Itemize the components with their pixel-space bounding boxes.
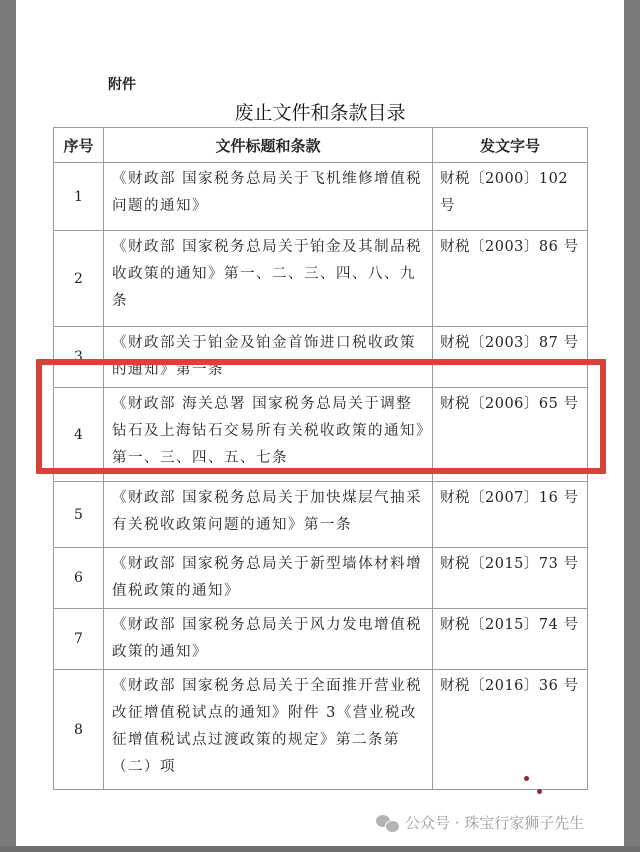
row-title: 《财政部 国家税务总局关于飞机维修增值税问题的通知》 — [104, 163, 433, 231]
row-ref: 财税〔2006〕65 号 — [433, 388, 588, 482]
row-title: 《财政部 国家税务总局关于新型墙体材料增值税政策的通知》 — [104, 548, 433, 609]
bottom-border — [0, 846, 640, 852]
table-row-highlighted: 4 《财政部 海关总署 国家税务总局关于调整钻石及上海钻石交易所有关税收政策的通… — [54, 388, 588, 482]
decorative-dot — [524, 776, 529, 781]
row-ref: 财税〔2007〕16 号 — [433, 482, 588, 548]
table-row: 5 《财政部 国家税务总局关于加快煤层气抽采有关税收政策问题的通知》第一条 财税… — [54, 482, 588, 548]
table-row: 2 《财政部 国家税务总局关于铂金及其制品税收政策的通知》第一、二、三、四、八、… — [54, 231, 588, 327]
table-row: 8 《财政部 国家税务总局关于全面推开营业税改征增值税试点的通知》附件 3《营业… — [54, 670, 588, 790]
table-row: 3 《财政部关于铂金及铂金首饰进口税收政策的通知》第一条 财税〔2003〕87 … — [54, 327, 588, 388]
row-ref: 财税〔2000〕102 号 — [433, 163, 588, 231]
row-title: 《财政部 国家税务总局关于全面推开营业税改征增值税试点的通知》附件 3《营业税改… — [104, 670, 433, 790]
repealed-documents-table: 序号 文件标题和条款 发文字号 1 《财政部 国家税务总局关于飞机维修增值税问题… — [53, 127, 588, 790]
row-ref: 财税〔2003〕87 号 — [433, 327, 588, 388]
decorative-dot — [537, 789, 542, 794]
watermark: 公众号 · 珠宝行家狮子先生 — [376, 812, 584, 833]
table-header-row: 序号 文件标题和条款 发文字号 — [54, 128, 588, 163]
row-ref: 财税〔2015〕74 号 — [433, 609, 588, 670]
watermark-text: 公众号 · 珠宝行家狮子先生 — [405, 812, 584, 833]
row-title: 《财政部关于铂金及铂金首饰进口税收政策的通知》第一条 — [104, 327, 433, 388]
attachment-label: 附件 — [108, 74, 136, 94]
row-number: 5 — [54, 482, 104, 548]
page-title: 废止文件和条款目录 — [0, 98, 640, 125]
row-number: 6 — [54, 548, 104, 609]
table-row: 6 《财政部 国家税务总局关于新型墙体材料增值税政策的通知》 财税〔2015〕7… — [54, 548, 588, 609]
row-number: 8 — [54, 670, 104, 790]
row-number: 1 — [54, 163, 104, 231]
row-ref: 财税〔2015〕73 号 — [433, 548, 588, 609]
table-row: 1 《财政部 国家税务总局关于飞机维修增值税问题的通知》 财税〔2000〕102… — [54, 163, 588, 231]
row-title: 《财政部 国家税务总局关于加快煤层气抽采有关税收政策问题的通知》第一条 — [104, 482, 433, 548]
row-title: 《财政部 国家税务总局关于铂金及其制品税收政策的通知》第一、二、三、四、八、九条 — [104, 231, 433, 327]
row-number: 4 — [54, 388, 104, 482]
wechat-icon — [376, 814, 400, 832]
row-title: 《财政部 国家税务总局关于风力发电增值税政策的通知》 — [104, 609, 433, 670]
row-ref: 财税〔2016〕36 号 — [433, 670, 588, 790]
column-header-number: 序号 — [54, 128, 104, 163]
row-number: 3 — [54, 327, 104, 388]
row-number: 2 — [54, 231, 104, 327]
row-number: 7 — [54, 609, 104, 670]
row-title: 《财政部 海关总署 国家税务总局关于调整钻石及上海钻石交易所有关税收政策的通知》… — [104, 388, 433, 482]
column-header-title: 文件标题和条款 — [104, 128, 433, 163]
column-header-ref: 发文字号 — [433, 128, 588, 163]
row-ref: 财税〔2003〕86 号 — [433, 231, 588, 327]
table-row: 7 《财政部 国家税务总局关于风力发电增值税政策的通知》 财税〔2015〕74 … — [54, 609, 588, 670]
